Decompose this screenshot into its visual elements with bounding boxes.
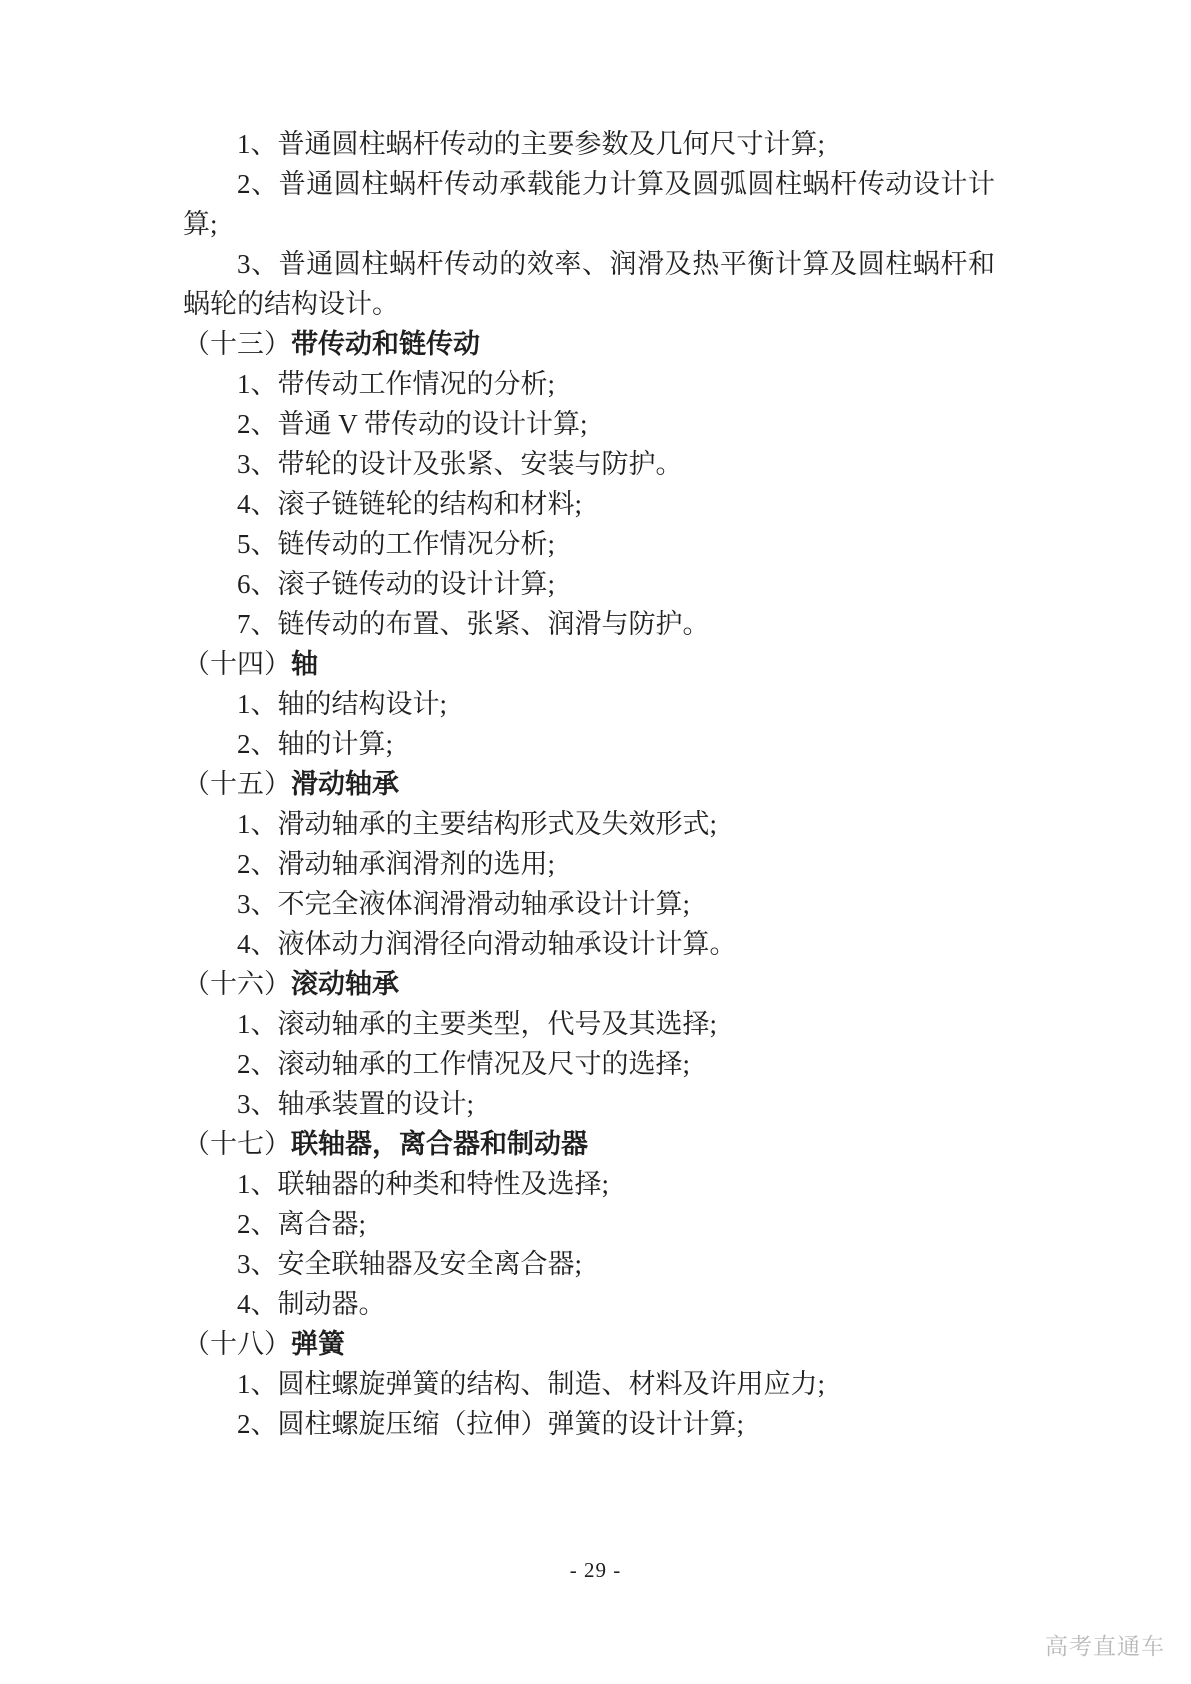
section-number: （十五） (183, 769, 291, 799)
section-number: （十七） (183, 1129, 291, 1159)
list-item: 2、离合器; (183, 1204, 995, 1244)
section-number: （十八） (183, 1329, 291, 1359)
watermark-text: 高考直通车 (1045, 1628, 1165, 1661)
list-item: 1、滚动轴承的主要类型，代号及其选择; (183, 1004, 995, 1044)
list-item: 1、轴的结构设计; (183, 684, 995, 724)
list-item: 2、普通 V 带传动的设计计算; (183, 404, 995, 444)
section-number: （十三） (183, 329, 291, 359)
section-title: 轴 (291, 649, 318, 679)
section-heading: （十四）轴 (183, 644, 995, 684)
list-item: 2、滚动轴承的工作情况及尺寸的选择; (183, 1044, 995, 1084)
list-item: 6、滚子链传动的设计计算; (183, 564, 995, 604)
list-item: 4、液体动力润滑径向滑动轴承设计计算。 (183, 924, 995, 964)
list-item: 2、滑动轴承润滑剂的选用; (183, 844, 995, 884)
section-heading: （十三）带传动和链传动 (183, 324, 995, 364)
list-item: 4、制动器。 (183, 1284, 995, 1324)
list-item: 1、普通圆柱蜗杆传动的主要参数及几何尺寸计算; (183, 124, 995, 164)
section-title: 滚动轴承 (291, 969, 399, 999)
section-heading: （十五）滑动轴承 (183, 764, 995, 804)
section-title: 滑动轴承 (291, 769, 399, 799)
list-item: 3、普通圆柱蜗杆传动的效率、润滑及热平衡计算及圆柱蜗杆和蜗轮的结构设计。 (183, 244, 995, 324)
list-item: 4、滚子链链轮的结构和材料; (183, 484, 995, 524)
list-item: 2、圆柱螺旋压缩（拉伸）弹簧的设计计算; (183, 1404, 995, 1444)
list-item: 2、普通圆柱蜗杆传动承载能力计算及圆弧圆柱蜗杆传动设计计算; (183, 164, 995, 244)
document-blocks: 1、普通圆柱蜗杆传动的主要参数及几何尺寸计算;2、普通圆柱蜗杆传动承载能力计算及… (183, 124, 995, 1444)
list-item: 1、带传动工作情况的分析; (183, 364, 995, 404)
page-number: - 29 - (0, 1558, 1191, 1583)
list-item: 3、安全联轴器及安全离合器; (183, 1244, 995, 1284)
list-item: 5、链传动的工作情况分析; (183, 524, 995, 564)
section-title: 弹簧 (291, 1329, 345, 1359)
list-item: 3、不完全液体润滑滑动轴承设计计算; (183, 884, 995, 924)
section-number: （十六） (183, 969, 291, 999)
section-number: （十四） (183, 649, 291, 679)
section-title: 联轴器，离合器和制动器 (291, 1129, 588, 1159)
list-item: 1、圆柱螺旋弹簧的结构、制造、材料及许用应力; (183, 1364, 995, 1404)
list-item: 1、联轴器的种类和特性及选择; (183, 1164, 995, 1204)
list-item: 3、轴承装置的设计; (183, 1084, 995, 1124)
list-item: 3、带轮的设计及张紧、安装与防护。 (183, 444, 995, 484)
section-heading: （十八）弹簧 (183, 1324, 995, 1364)
list-item: 1、滑动轴承的主要结构形式及失效形式; (183, 804, 995, 844)
document-page: 1、普通圆柱蜗杆传动的主要参数及几何尺寸计算;2、普通圆柱蜗杆传动承载能力计算及… (0, 0, 1191, 1684)
section-heading: （十七）联轴器，离合器和制动器 (183, 1124, 995, 1164)
list-item: 2、轴的计算; (183, 724, 995, 764)
list-item: 7、链传动的布置、张紧、润滑与防护。 (183, 604, 995, 644)
section-heading: （十六）滚动轴承 (183, 964, 995, 1004)
section-title: 带传动和链传动 (291, 329, 480, 359)
